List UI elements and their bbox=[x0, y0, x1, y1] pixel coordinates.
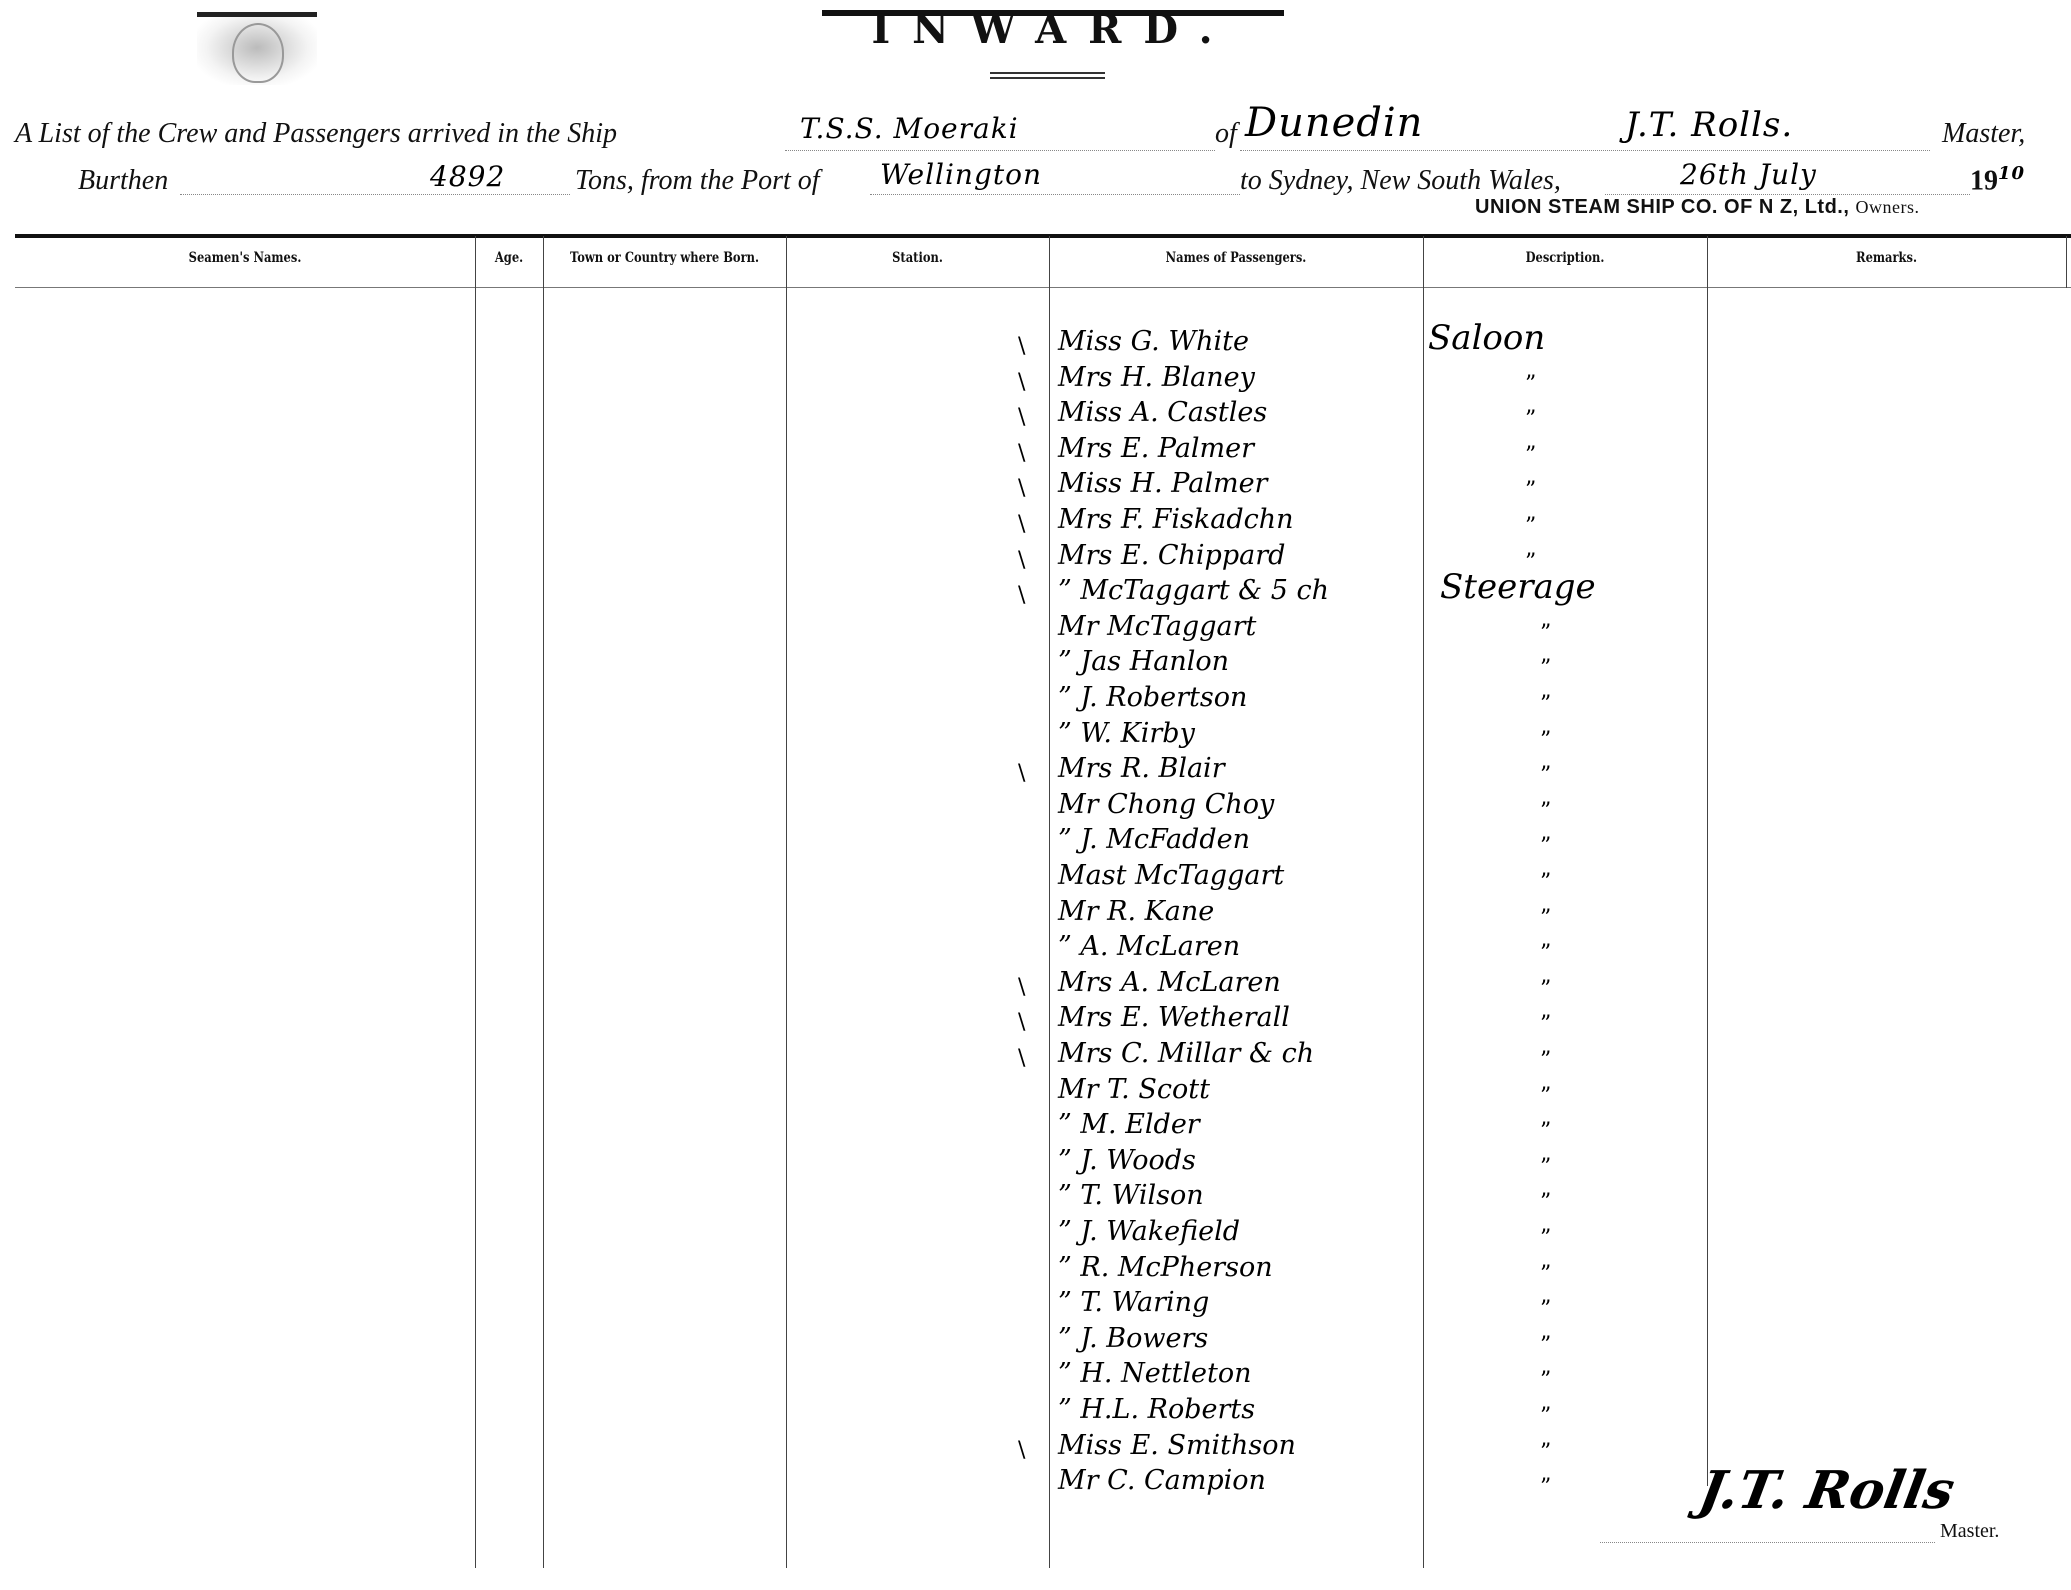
ditto-mark: ” bbox=[1540, 692, 1551, 717]
passenger-row: ” J. Woods bbox=[1058, 1145, 1196, 1181]
title-underline bbox=[990, 72, 1105, 79]
passenger-row: Mrs A. McLaren bbox=[1058, 967, 1281, 1003]
column-header-seamens-names: Seamen's Names. bbox=[56, 250, 433, 266]
ditto-mark: ” bbox=[1540, 1155, 1551, 1180]
passenger-row: ” J. Wakefield bbox=[1058, 1216, 1240, 1252]
owners-label: Owners. bbox=[1855, 197, 1919, 217]
column-header-age: Age. bbox=[481, 250, 537, 266]
passenger-row: Mr Chong Choy bbox=[1058, 789, 1274, 825]
year: 1910 bbox=[1970, 163, 2025, 197]
check-mark-icon: \ bbox=[1018, 1010, 1025, 1035]
ditto-mark: ” bbox=[1540, 941, 1551, 966]
signature-master-label: Master. bbox=[1940, 1520, 1999, 1543]
column-divider bbox=[1707, 236, 1708, 1486]
list-intro-label: A List of the Crew and Passengers arrive… bbox=[15, 118, 617, 150]
passenger-row: ” H.L. Roberts bbox=[1058, 1394, 1255, 1430]
column-header-description: Description. bbox=[1449, 250, 1682, 266]
passenger-row: ” W. Kirby bbox=[1058, 718, 1195, 754]
owners-line: UNION STEAM SHIP CO. OF N Z, Ltd., Owner… bbox=[1475, 196, 1919, 219]
signature-line bbox=[1600, 1542, 1935, 1543]
passenger-row: ” J. McFadden bbox=[1058, 824, 1250, 860]
ditto-mark: ” bbox=[1540, 621, 1551, 646]
column-divider bbox=[786, 236, 787, 1568]
passenger-row: Miss A. Castles bbox=[1058, 397, 1267, 433]
check-mark-icon: \ bbox=[1018, 975, 1025, 1000]
ditto-mark: ” bbox=[1540, 906, 1551, 931]
ditto-mark: ” bbox=[1540, 834, 1551, 859]
ditto-mark: ” bbox=[1540, 656, 1551, 681]
passenger-row: ” T. Wilson bbox=[1058, 1180, 1204, 1216]
ditto-mark: ” bbox=[1525, 407, 1536, 432]
passenger-row: ” T. Waring bbox=[1058, 1287, 1209, 1323]
check-mark-icon: \ bbox=[1018, 548, 1025, 573]
column-header-station: Station. bbox=[810, 250, 1026, 266]
ditto-mark: ” bbox=[1540, 1262, 1551, 1287]
check-mark-icon: \ bbox=[1018, 334, 1025, 359]
date-line bbox=[1605, 194, 1970, 195]
ditto-mark: ” bbox=[1540, 1475, 1551, 1500]
passenger-row: Mrs R. Blair bbox=[1058, 753, 1225, 789]
tons-from-label: Tons, from the Port of bbox=[575, 165, 820, 197]
burthen-line bbox=[180, 194, 570, 195]
destination-label: to Sydney, New South Wales, bbox=[1240, 165, 1561, 197]
passenger-row: Mr R. Kane bbox=[1058, 896, 1214, 932]
from-port: Wellington bbox=[880, 158, 1042, 191]
passenger-row: Miss G. White bbox=[1058, 326, 1249, 362]
check-mark-icon: \ bbox=[1018, 583, 1025, 608]
ditto-mark: ” bbox=[1540, 1012, 1551, 1037]
column-divider bbox=[2066, 236, 2067, 288]
ditto-mark: ” bbox=[1540, 1048, 1551, 1073]
column-divider bbox=[1423, 236, 1424, 1568]
check-mark-icon: \ bbox=[1018, 476, 1025, 501]
column-header-remarks: Remarks. bbox=[1739, 250, 2033, 266]
passenger-row: Mrs C. Millar & ch bbox=[1058, 1038, 1314, 1074]
port-of-registry: Dunedin bbox=[1245, 100, 1423, 146]
table-header-rule bbox=[15, 287, 2071, 288]
passenger-row: Mr C. Campion bbox=[1058, 1465, 1266, 1501]
passenger-row: Mrs E. Palmer bbox=[1058, 433, 1254, 469]
check-mark-icon: \ bbox=[1018, 761, 1025, 786]
passenger-row: Miss E. Smithson bbox=[1058, 1430, 1296, 1466]
port-registry-line bbox=[1240, 150, 1930, 151]
ditto-mark: ” bbox=[1525, 372, 1536, 397]
ditto-mark: ” bbox=[1540, 1226, 1551, 1251]
table-top-rule bbox=[15, 234, 2071, 238]
from-port-line bbox=[870, 194, 1240, 195]
ditto-mark: ” bbox=[1540, 1404, 1551, 1429]
ship-name: T.S.S. Moeraki bbox=[800, 112, 1019, 145]
check-mark-icon: \ bbox=[1018, 405, 1025, 430]
ditto-mark: ” bbox=[1540, 977, 1551, 1002]
ditto-mark: ” bbox=[1540, 1084, 1551, 1109]
passenger-row: ” J. Bowers bbox=[1058, 1323, 1208, 1359]
description-class: Steerage bbox=[1440, 567, 1596, 607]
description-class: Saloon bbox=[1428, 318, 1545, 358]
passenger-row: Miss H. Palmer bbox=[1058, 468, 1267, 504]
column-divider bbox=[1049, 236, 1050, 1568]
column-divider bbox=[543, 236, 544, 1568]
passenger-row: Mrs E. Chippard bbox=[1058, 540, 1285, 576]
passenger-row: Mast McTaggart bbox=[1058, 860, 1284, 896]
ditto-mark: ” bbox=[1540, 1297, 1551, 1322]
master-label: Master, bbox=[1942, 118, 2025, 150]
master-signature: J.T. Rolls bbox=[1695, 1460, 1959, 1521]
passenger-row: Mrs F. Fiskadchn bbox=[1058, 504, 1294, 540]
passenger-row: Mrs H. Blaney bbox=[1058, 362, 1255, 398]
ditto-mark: ” bbox=[1540, 1440, 1551, 1465]
column-divider bbox=[475, 236, 476, 1568]
passenger-row: Mr T. Scott bbox=[1058, 1074, 1210, 1110]
of-label: of bbox=[1215, 118, 1237, 150]
ship-name-line bbox=[785, 150, 1215, 151]
check-mark-icon: \ bbox=[1018, 441, 1025, 466]
arrival-date: 26th July bbox=[1680, 158, 1817, 191]
ditto-mark: ” bbox=[1540, 1190, 1551, 1215]
passenger-row: ” J. Robertson bbox=[1058, 682, 1247, 718]
ditto-mark: ” bbox=[1525, 443, 1536, 468]
master-name: J.T. Rolls. bbox=[1625, 105, 1793, 145]
ditto-mark: ” bbox=[1525, 478, 1536, 503]
burthen-label: Burthen bbox=[78, 165, 168, 197]
check-mark-icon: \ bbox=[1018, 1438, 1025, 1463]
column-header-passenger-names: Names of Passengers. bbox=[1083, 250, 1390, 266]
passenger-row: Mr McTaggart bbox=[1058, 611, 1256, 647]
ditto-mark: ” bbox=[1540, 1368, 1551, 1393]
passenger-row: ” McTaggart & 5 ch bbox=[1058, 575, 1329, 611]
official-stamp bbox=[197, 12, 317, 85]
ditto-mark: ” bbox=[1525, 514, 1536, 539]
passenger-row: ” Jas Hanlon bbox=[1058, 646, 1229, 682]
column-header-birthplace: Town or Country where Born. bbox=[565, 250, 764, 266]
check-mark-icon: \ bbox=[1018, 370, 1025, 395]
passenger-row: ” M. Elder bbox=[1058, 1109, 1200, 1145]
stamp-seal-icon bbox=[232, 23, 284, 83]
ditto-mark: ” bbox=[1540, 763, 1551, 788]
page-title: INWARD. bbox=[822, 14, 1284, 46]
passenger-row: ” R. McPherson bbox=[1058, 1252, 1273, 1288]
burthen-tons: 4892 bbox=[430, 160, 505, 193]
passenger-row: ” H. Nettleton bbox=[1058, 1358, 1252, 1394]
ditto-mark: ” bbox=[1540, 1333, 1551, 1358]
owners-name: UNION STEAM SHIP CO. OF N Z, Ltd., bbox=[1475, 196, 1849, 218]
ditto-mark: ” bbox=[1540, 870, 1551, 895]
passenger-row: Mrs E. Wetherall bbox=[1058, 1002, 1290, 1038]
passenger-row: ” A. McLaren bbox=[1058, 931, 1240, 967]
ditto-mark: ” bbox=[1540, 728, 1551, 753]
ditto-mark: ” bbox=[1540, 1119, 1551, 1144]
check-mark-icon: \ bbox=[1018, 1046, 1025, 1071]
ditto-mark: ” bbox=[1540, 799, 1551, 824]
check-mark-icon: \ bbox=[1018, 512, 1025, 537]
